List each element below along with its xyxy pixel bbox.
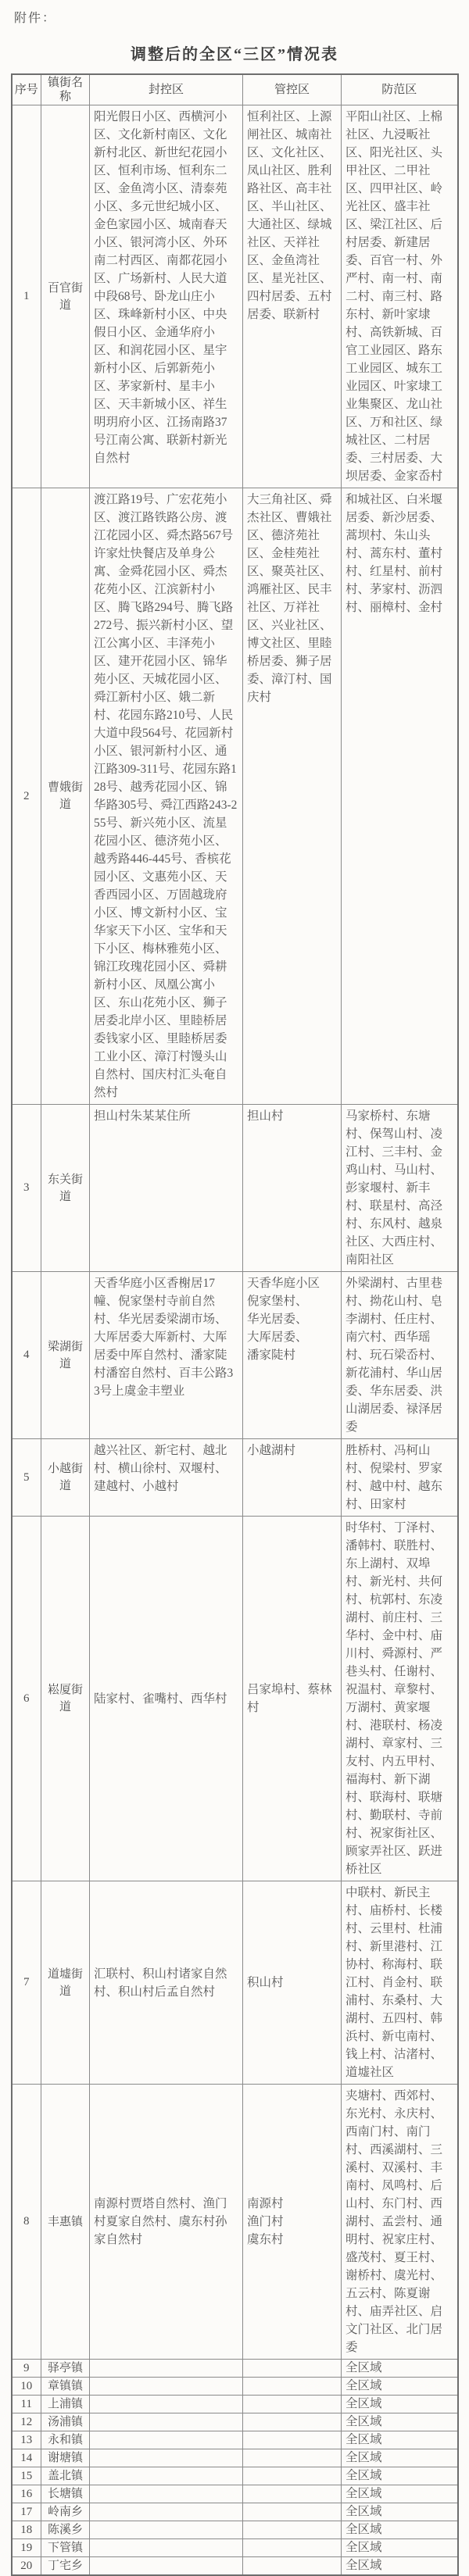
cell-fengkong: 南源村贾塔自然村、渔门村夏家自然村、虞东村孙家自然村 (90, 2085, 243, 2360)
cell-fengkong (90, 2521, 243, 2539)
cell-fangfan: 平阳山社区、上棉社区、九浸畈社区、阳光社区、头甲社区、二甲社区、四甲社区、岭光社… (342, 105, 458, 488)
cell-fangfan: 夹塘村、西郊村、东光村、永庆村、西南门村、南门村、西溪湖村、三溪村、双溪村、丰南… (342, 2085, 458, 2360)
cell-index: 11 (12, 2396, 41, 2413)
cell-fangfan: 全区域 (342, 2431, 458, 2449)
table-row: 6 崧厦街道 陆家村、雀嘴村、西华村 吕家埠村、蔡林村 时华村、丁泽村、潘韩村、… (12, 1517, 458, 1881)
cell-fengkong (90, 2396, 243, 2413)
cell-index: 15 (12, 2467, 41, 2485)
table-row: 13 永和镇 全区域 (12, 2431, 458, 2449)
cell-guankong (243, 2557, 342, 2575)
cell-town: 永和镇 (41, 2431, 90, 2449)
table-row: 8 丰惠镇 南源村贾塔自然村、渔门村夏家自然村、虞东村孙家自然村 南源村 渔门村… (12, 2085, 458, 2360)
cell-town: 谢塘镇 (41, 2449, 90, 2467)
table-row: 1 百官街道 阳光假日小区、西横河小区、文化新村南区、文化新村北区、新世纪花园小… (12, 105, 458, 488)
table-row: 12 汤浦镇 全区域 (12, 2413, 458, 2431)
table-row: 10 章镇镇 全区域 (12, 2378, 458, 2396)
cell-town: 丁宅乡 (41, 2557, 90, 2575)
col-header-town: 镇街名称 (41, 74, 90, 105)
cell-index: 1 (12, 105, 41, 488)
cell-fengkong (90, 2431, 243, 2449)
cell-guankong: 吕家埠村、蔡林村 (243, 1517, 342, 1881)
cell-guankong (243, 2378, 342, 2396)
cell-fengkong: 陆家村、雀嘴村、西华村 (90, 1517, 243, 1881)
cell-town: 驿亭镇 (41, 2360, 90, 2378)
cell-guankong: 天香华庭小区 倪家堡村、 华光居委、 大厍居委、 潘家陡村 (243, 1272, 342, 1439)
table-row: 7 道墟街道 汇联村、积山村诸家自然村、积山村后孟自然村 积山村 中联村、新民主… (12, 1881, 458, 2085)
cell-guankong: 恒利社区、上源闸社区、城南社区、文化社区、凤山社区、胜利路社区、高丰社区、半山社… (243, 105, 342, 488)
cell-fengkong (90, 2378, 243, 2396)
cell-fangfan: 全区域 (342, 2396, 458, 2413)
cell-index: 18 (12, 2521, 41, 2539)
cell-fangfan: 全区域 (342, 2378, 458, 2396)
cell-fengkong (90, 2503, 243, 2521)
cell-fengkong: 汇联村、积山村诸家自然村、积山村后孟自然村 (90, 1881, 243, 2085)
table-row: 19 下管镇 全区域 (12, 2539, 458, 2557)
cell-town: 汤浦镇 (41, 2413, 90, 2431)
cell-guankong (243, 2539, 342, 2557)
cell-fangfan: 胜桥村、冯柯山村、倪梁村、罗家村、越中村、越东村、田家村 (342, 1439, 458, 1517)
document-page: 附件： 调整后的全区“三区”情况表 序号 镇街名称 封控区 管控区 防范区 1 … (0, 0, 469, 2576)
cell-town: 上浦镇 (41, 2396, 90, 2413)
cell-guankong: 积山村 (243, 1881, 342, 2085)
cell-index: 4 (12, 1272, 41, 1439)
cell-index: 17 (12, 2503, 41, 2521)
cell-fengkong (90, 2485, 243, 2503)
table-row: 4 梁湖街道 天香华庭小区香榭居17幢、倪家堡村寺前自然村、华光居委梁湖市场、大… (12, 1272, 458, 1439)
cell-index: 5 (12, 1439, 41, 1517)
cell-fangfan: 全区域 (342, 2360, 458, 2378)
cell-town: 小越街道 (41, 1439, 90, 1517)
cell-town: 章镇镇 (41, 2378, 90, 2396)
table-row: 9 驿亭镇 全区域 (12, 2360, 458, 2378)
cell-guankong (243, 2467, 342, 2485)
table-row: 18 陈溪乡 全区域 (12, 2521, 458, 2539)
cell-fengkong: 担山村朱某某住所 (90, 1105, 243, 1272)
table-row: 3 东关街道 担山村朱某某住所 担山村 马家桥村、东塘村、保驾山村、凌江村、三丰… (12, 1105, 458, 1272)
cell-fangfan: 全区域 (342, 2467, 458, 2485)
cell-town: 陈溪乡 (41, 2521, 90, 2539)
table-row: 5 小越街道 越兴社区、新宅村、越北村、横山徐村、双堰村、建越村、小越村 小越湖… (12, 1439, 458, 1517)
attachment-label: 附件： (14, 8, 469, 26)
cell-index: 13 (12, 2431, 41, 2449)
table-header-row: 序号 镇街名称 封控区 管控区 防范区 (12, 74, 458, 105)
cell-fengkong (90, 2467, 243, 2485)
cell-town: 崧厦街道 (41, 1517, 90, 1881)
cell-fengkong (90, 2360, 243, 2378)
cell-index: 6 (12, 1517, 41, 1881)
cell-index: 19 (12, 2539, 41, 2557)
cell-town: 东关街道 (41, 1105, 90, 1272)
cell-fangfan: 中联村、新民主村、庙桥村、长楼村、云里村、杜浦村、新里港村、江协村、称海村、联江… (342, 1881, 458, 2085)
cell-fengkong: 天香华庭小区香榭居17幢、倪家堡村寺前自然村、华光居委梁湖市场、大厍居委大厍新村… (90, 1272, 243, 1439)
col-header-index: 序号 (12, 74, 41, 105)
cell-fengkong: 越兴社区、新宅村、越北村、横山徐村、双堰村、建越村、小越村 (90, 1439, 243, 1517)
cell-fangfan: 全区域 (342, 2503, 458, 2521)
cell-fangfan: 全区域 (342, 2557, 458, 2575)
cell-guankong: 大三角社区、舜杰社区、曹娥社区、德济苑社区、金桂苑社区、聚英社区、鸿雁社区、民丰… (243, 488, 342, 1105)
table-row: 17 岭南乡 全区域 (12, 2503, 458, 2521)
cell-town: 长塘镇 (41, 2485, 90, 2503)
cell-guankong (243, 2396, 342, 2413)
cell-guankong (243, 2360, 342, 2378)
table-row: 14 谢塘镇 全区域 (12, 2449, 458, 2467)
cell-guankong (243, 2413, 342, 2431)
cell-index: 10 (12, 2378, 41, 2396)
cell-town: 丰惠镇 (41, 2085, 90, 2360)
cell-index: 3 (12, 1105, 41, 1272)
cell-index: 16 (12, 2485, 41, 2503)
cell-town: 曹娥街道 (41, 488, 90, 1105)
cell-fangfan: 外梁湖村、古里巷村、拗花山村、皂李湖村、任庄村、南穴村、西华瑶村、玩石梁岙村、新… (342, 1272, 458, 1439)
cell-index: 12 (12, 2413, 41, 2431)
cell-fengkong (90, 2539, 243, 2557)
cell-town: 梁湖街道 (41, 1272, 90, 1439)
cell-guankong (243, 2521, 342, 2539)
table-row: 15 盖北镇 全区域 (12, 2467, 458, 2485)
cell-fangfan: 全区域 (342, 2449, 458, 2467)
cell-guankong: 南源村 渔门村 虞东村 (243, 2085, 342, 2360)
col-header-fangfan: 防范区 (342, 74, 458, 105)
cell-index: 14 (12, 2449, 41, 2467)
cell-fengkong: 渡江路19号、广宏花苑小区、渡江路铁路公房、渡江花园小区、舜杰路567号许家灶快… (90, 488, 243, 1105)
cell-town: 下管镇 (41, 2539, 90, 2557)
cell-guankong (243, 2431, 342, 2449)
cell-town: 盖北镇 (41, 2467, 90, 2485)
cell-town: 百官街道 (41, 105, 90, 488)
cell-fangfan: 全区域 (342, 2485, 458, 2503)
table-row: 20 丁宅乡 全区域 (12, 2557, 458, 2575)
cell-index: 8 (12, 2085, 41, 2360)
cell-fangfan: 全区域 (342, 2539, 458, 2557)
cell-index: 2 (12, 488, 41, 1105)
col-header-fengkong: 封控区 (90, 74, 243, 105)
cell-fengkong: 阳光假日小区、西横河小区、文化新村南区、文化新村北区、新世纪花园小区、恒利市场、… (90, 105, 243, 488)
cell-index: 20 (12, 2557, 41, 2575)
cell-town: 岭南乡 (41, 2503, 90, 2521)
cell-fengkong (90, 2413, 243, 2431)
page-title: 调整后的全区“三区”情况表 (0, 41, 469, 64)
cell-guankong (243, 2485, 342, 2503)
table-row: 16 长塘镇 全区域 (12, 2485, 458, 2503)
table-row: 2 曹娥街道 渡江路19号、广宏花苑小区、渡江路铁路公房、渡江花园小区、舜杰路5… (12, 488, 458, 1105)
cell-town: 道墟街道 (41, 1881, 90, 2085)
cell-index: 9 (12, 2360, 41, 2378)
col-header-guankong: 管控区 (243, 74, 342, 105)
cell-fangfan: 和城社区、白米堰居委、新沙居委、蒿坝村、朱山头村、蒿东村、董村村、红星村、前村村… (342, 488, 458, 1105)
cell-guankong: 小越湖村 (243, 1439, 342, 1517)
cell-guankong: 担山村 (243, 1105, 342, 1272)
cell-fangfan: 全区域 (342, 2413, 458, 2431)
cell-fengkong (90, 2449, 243, 2467)
cell-guankong (243, 2449, 342, 2467)
cell-fengkong (90, 2557, 243, 2575)
cell-fangfan: 马家桥村、东塘村、保驾山村、凌江村、三丰村、金鸡山村、马山村、彭家堰村、新丰村、… (342, 1105, 458, 1272)
cell-index: 7 (12, 1881, 41, 2085)
cell-fangfan: 时华村、丁泽村、潘韩村、联胜村、东上湖村、双埠村、新光村、共何村、杭郭村、东凌湖… (342, 1517, 458, 1881)
table-row: 11 上浦镇 全区域 (12, 2396, 458, 2413)
cell-guankong (243, 2503, 342, 2521)
cell-fangfan: 全区域 (342, 2521, 458, 2539)
zones-table: 序号 镇街名称 封控区 管控区 防范区 1 百官街道 阳光假日小区、西横河小区、… (11, 73, 459, 2576)
